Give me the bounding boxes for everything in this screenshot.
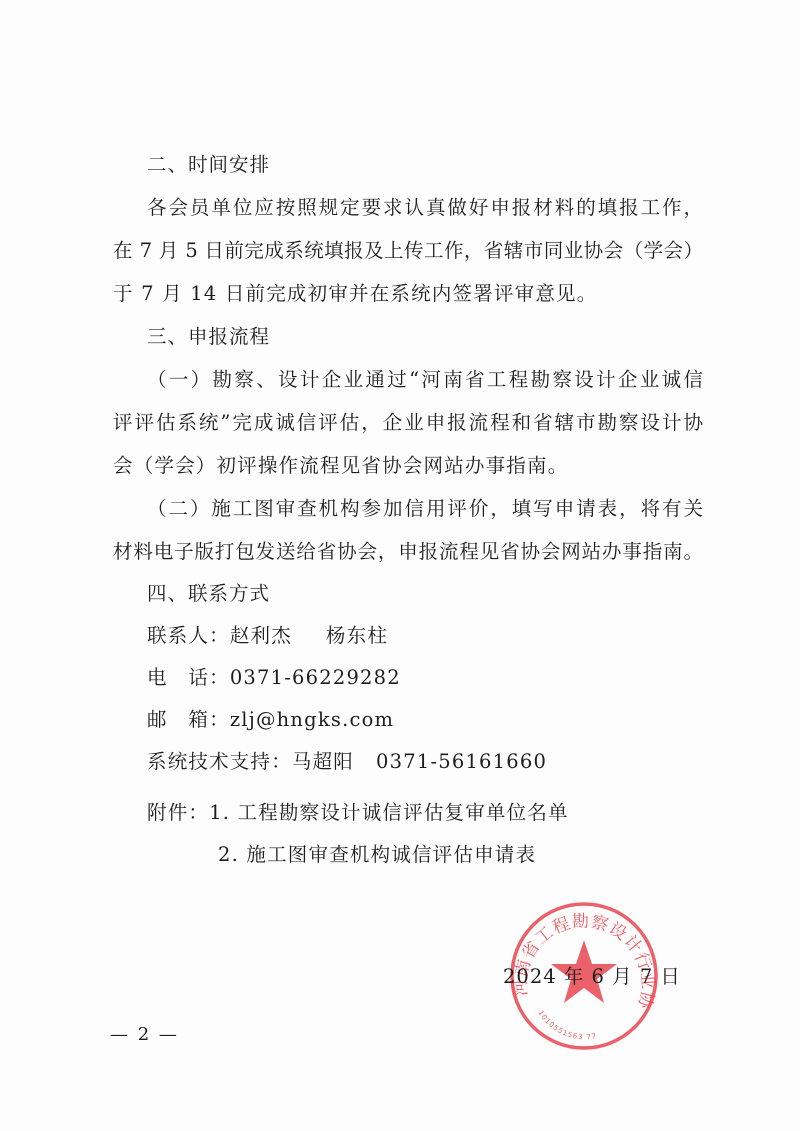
contact-label: 联系人： (147, 624, 230, 647)
page-number: — 2 — (110, 1024, 179, 1045)
attachment-1: 附件：1. 工程勘察设计诚信评估复审单位名单 (147, 801, 569, 825)
paragraph-line: 在 7 月 5 日前完成系统填报及上传工作，省辖市同业协会（学会） (113, 239, 703, 263)
email-value: zlj@hngks.com (230, 708, 394, 731)
tech-support: 系统技术支持：马超阳0371-56161660 (147, 750, 547, 774)
document-page: 二、时间安排 各会员单位应按照规定要求认真做好申报材料的填报工作， 在 7 月 … (0, 0, 800, 1131)
support-name: 马超阳 (292, 750, 354, 773)
phone-value: 0371-66229282 (230, 666, 401, 689)
paragraph-line: 各会员单位应按照规定要求认真做好申报材料的填报工作， (147, 196, 703, 220)
contact-persons: 联系人：赵利杰杨东柱 (147, 624, 388, 648)
paragraph-line: 于 7 月 14 日前完成初审并在系统内签署评审意见。 (113, 282, 597, 306)
email-label: 邮 箱： (147, 708, 230, 731)
attachment-2: 2. 施工图审查机构诚信评估申请表 (218, 843, 536, 867)
paragraph-line: （一）勘察、设计企业通过“河南省工程勘察设计企业诚信 (147, 368, 703, 392)
contact-email: 邮 箱：zlj@hngks.com (147, 708, 394, 732)
support-label: 系统技术支持： (147, 750, 292, 773)
attachment-item: 1. 工程勘察设计诚信评估复审单位名单 (209, 801, 569, 824)
signature-date: 2024 年 6 月 7 日 (503, 961, 681, 989)
paragraph-line: 会（学会）初评操作流程见省协会网站办事指南。 (113, 454, 568, 478)
section-heading-contact: 四、联系方式 (147, 582, 270, 606)
attachment-item: 2. 施工图审查机构诚信评估申请表 (218, 843, 536, 866)
paragraph-line: 材料电子版打包发送给省协会，申报流程见省协会网站办事指南。 (113, 540, 703, 564)
contact-name: 杨东柱 (326, 624, 388, 647)
section-heading-schedule: 二、时间安排 (147, 153, 270, 177)
paragraph-line: 评评估系统”完成诚信评估，企业申报流程和省辖市勘察设计协 (113, 411, 703, 435)
support-phone: 0371-56161660 (376, 750, 547, 773)
paragraph-line: （二）施工图审查机构参加信用评价，填写申请表，将有关 (147, 497, 703, 521)
section-heading-process: 三、申报流程 (147, 325, 270, 349)
phone-label: 电 话： (147, 666, 230, 689)
attachment-label: 附件： (147, 801, 209, 824)
contact-phone: 电 话：0371-66229282 (147, 666, 401, 690)
contact-name: 赵利杰 (230, 624, 292, 647)
